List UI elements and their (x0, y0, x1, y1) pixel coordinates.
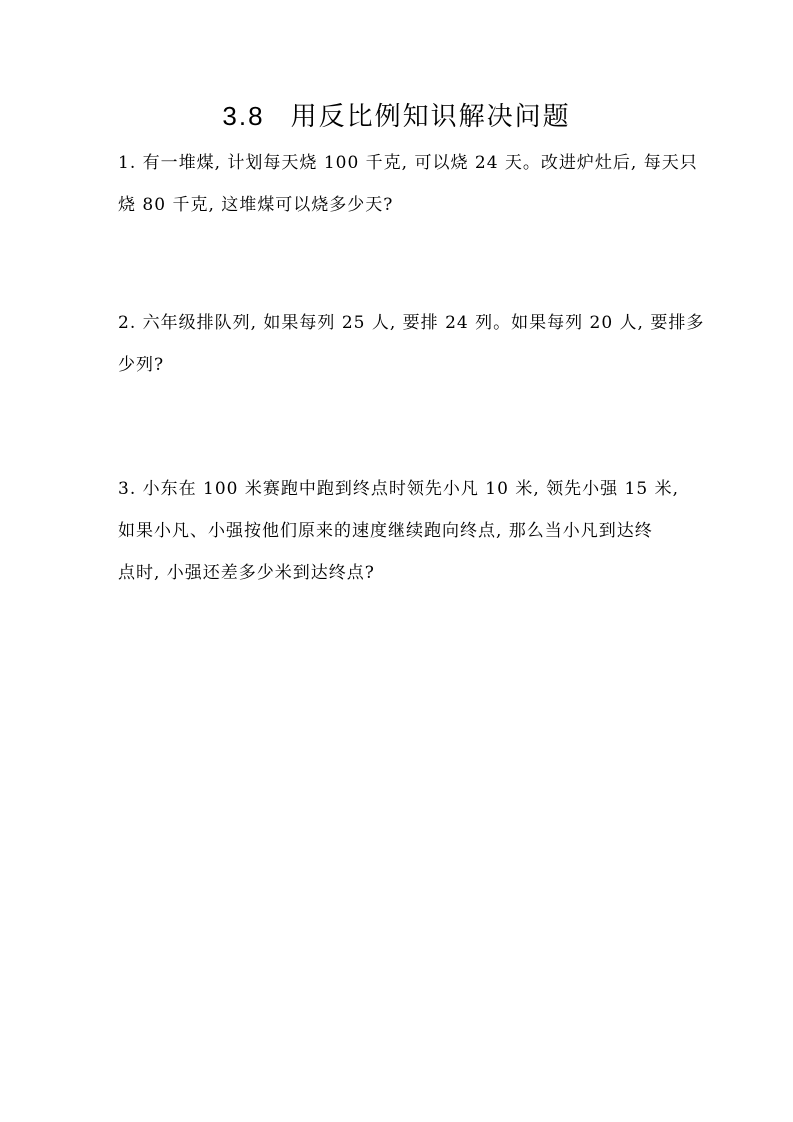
question-line: 烧 80 千克, 这堆煤可以烧多少天? (118, 184, 678, 226)
section-number: 3.8 (222, 101, 264, 131)
question-line: 如果小凡、小强按他们原来的速度继续跑向终点, 那么当小凡到达终 (118, 510, 678, 552)
question-1: 1. 有一堆煤, 计划每天烧 100 千克, 可以烧 24 天。改进炉灶后, 每… (118, 142, 678, 226)
question-line: 3. 小东在 100 米赛跑中跑到终点时领先小凡 10 米, 领先小强 15 米… (118, 468, 678, 510)
question-3: 3. 小东在 100 米赛跑中跑到终点时领先小凡 10 米, 领先小强 15 米… (118, 468, 678, 594)
page-title: 3.8用反比例知识解决问题 (0, 96, 793, 137)
document-page: 3.8用反比例知识解决问题 1. 有一堆煤, 计划每天烧 100 千克, 可以烧… (0, 0, 793, 1122)
question-2: 2. 六年级排队列, 如果每列 25 人, 要排 24 列。如果每列 20 人,… (118, 302, 678, 386)
question-line: 少列? (118, 344, 678, 386)
section-title: 用反比例知识解决问题 (291, 102, 571, 132)
question-line: 1. 有一堆煤, 计划每天烧 100 千克, 可以烧 24 天。改进炉灶后, 每… (118, 142, 678, 184)
question-line: 点时, 小强还差多少米到达终点? (118, 552, 678, 594)
question-line: 2. 六年级排队列, 如果每列 25 人, 要排 24 列。如果每列 20 人,… (118, 302, 678, 344)
